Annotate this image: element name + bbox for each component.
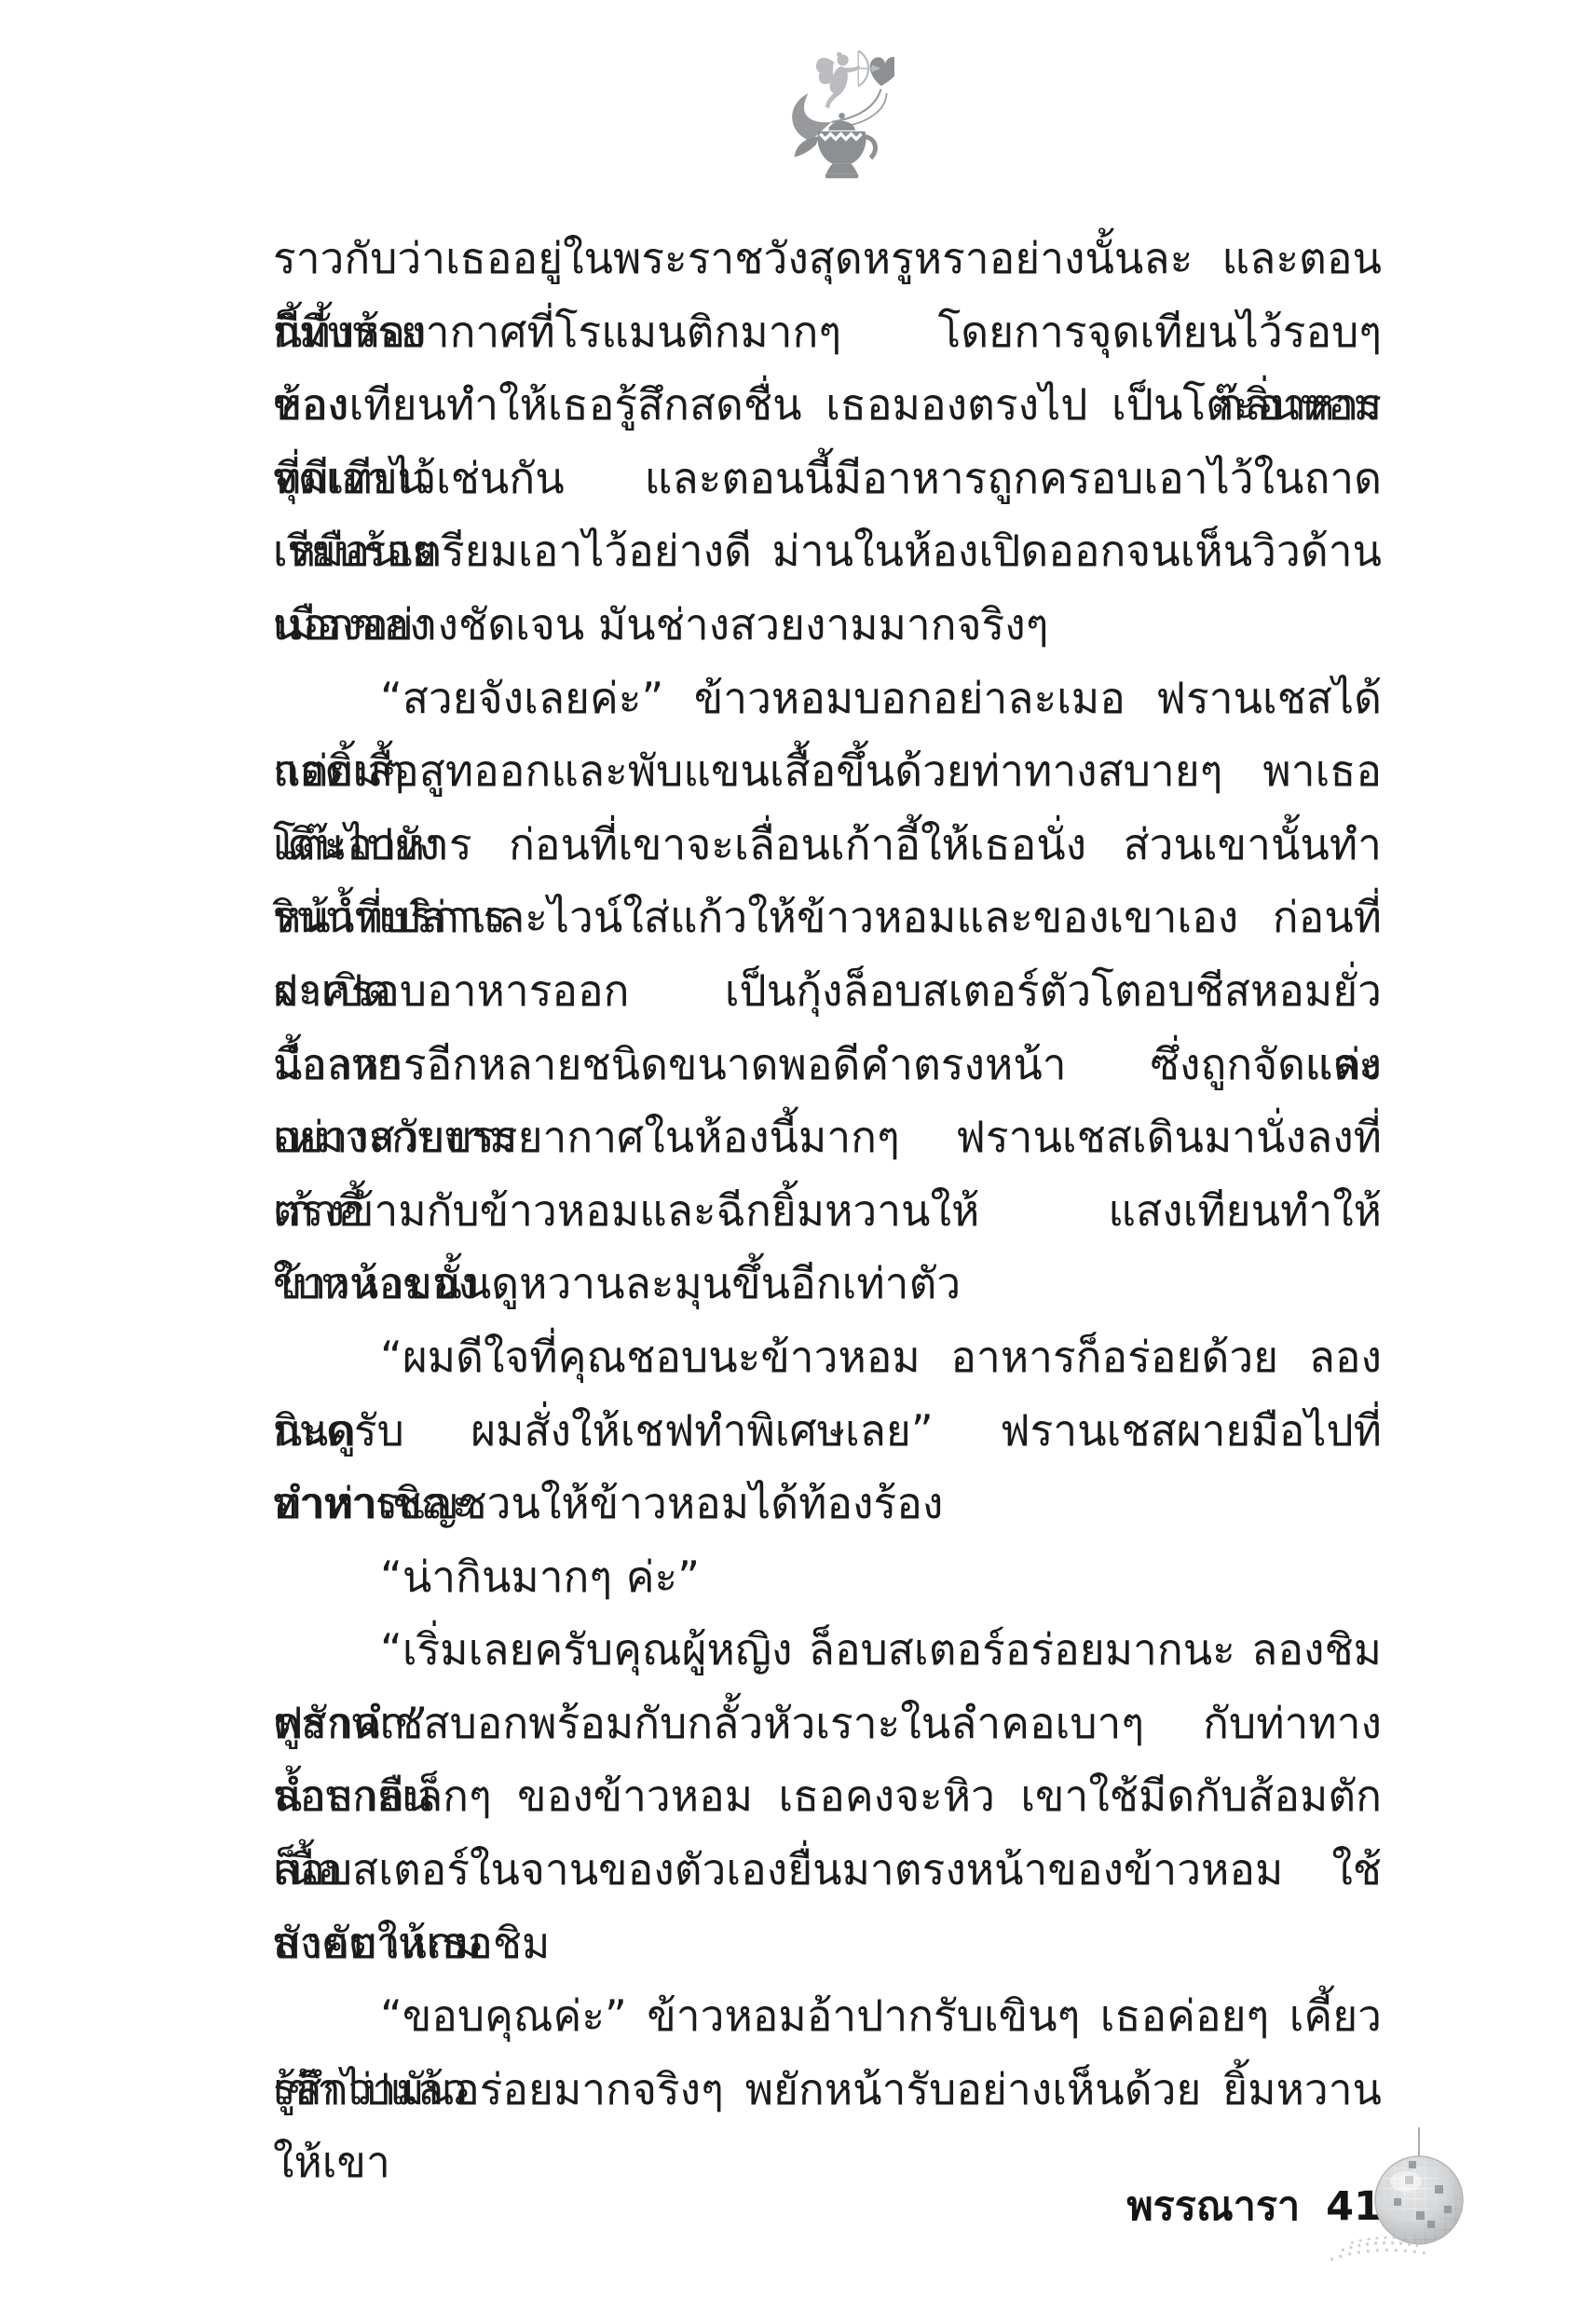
text-line: เหมาะกับบรรยากาศในห้องนี้มากๆ ฟรานเชสเดิ… — [273, 1101, 1382, 1174]
text-line: น้ำลายเล็กๆ ของข้าวหอม เธอคงจะหิว เขาใช้… — [273, 1759, 1382, 1833]
text-line: เหมือนเตรียมเอาไว้อย่างดี ม่านในห้องเปิด… — [273, 514, 1382, 588]
text-line: ข้าวหอมนั้นดูหวานละมุนขึ้นอีกเท่าตัว — [273, 1247, 1382, 1320]
text-line: ฝาครอบอาหารออก เป็นกุ้งล็อบสเตอร์ตัวโตอบ… — [273, 954, 1382, 1028]
text-line: ถอดเสื้อสูทออกและพับแขนเสื้อขึ้นด้วยท่าท… — [273, 734, 1382, 808]
text-line: “ขอบคุณค่ะ” ข้าวหอมอ้าปากรับเขินๆ เธอค่อ… — [273, 1979, 1382, 2053]
page-text: ราวกับว่าเธออยู่ในพระราชวังสุดหรูหราอย่า… — [273, 222, 1382, 2126]
text-line: ตรงข้ามกับข้าวหอมและฉีกยิ้มหวานให้ แสงเท… — [273, 1174, 1382, 1248]
text-line: “เริ่มเลยครับคุณผู้หญิง ล็อบสเตอร์อร่อยม… — [273, 1613, 1382, 1687]
book-page: ราวกับว่าเธออยู่ในพระราชวังสุดหรูหราอย่า… — [0, 0, 1596, 2311]
disco-ball-icon — [1323, 2127, 1491, 2267]
text-line: ก็มีบรรยากาศที่โรแมนติกมากๆ โดยการจุดเที… — [273, 295, 1382, 369]
text-line: ทำท่าเชิญชวนให้ข้าวหอมได้ท้องร้อง — [273, 1467, 1382, 1540]
text-line: ของเทียนทำให้เธอรู้สึกสดชื่น เธอมองตรงไป… — [273, 368, 1382, 442]
text-line: บังคับให้เธอชิม — [273, 1907, 1382, 1980]
text-line: โต๊ะอาหาร ก่อนที่เขาจะเลื่อนเก้าอี้ให้เธ… — [273, 808, 1382, 882]
text-line: รินน้ำเปล่าและไวน์ใส่แก้วให้ข้าวหอมและขอ… — [273, 881, 1382, 954]
text-line: “สวยจังเลยค่ะ” ข้าวหอมบอกอย่าละเมอ ฟรานเ… — [273, 662, 1382, 735]
text-line: นะครับ ผมสั่งให้เชฟทำพิเศษเลย” ฟรานเชสผา… — [273, 1394, 1382, 1468]
text-line: เมืองอย่างชัดเจน มันช่างสวยงามมากจริงๆ — [273, 588, 1382, 662]
running-title: พรรณารา — [1126, 2181, 1300, 2233]
text-line: รู้สึกว่ามันอร่อยมากจริงๆ พยักหน้ารับอย่… — [273, 2053, 1382, 2126]
text-line: “น่ากินมากๆ ค่ะ” — [273, 1540, 1382, 1614]
text-line: จุดเอาไว้เช่นกัน และตอนนี้มีอาหารถูกครอบ… — [273, 442, 1382, 515]
text-line: “ผมดีใจที่คุณชอบนะข้าวหอม อาหารก็อร่อยด้… — [273, 1320, 1382, 1394]
text-line: ราวกับว่าเธออยู่ในพระราชวังสุดหรูหราอย่า… — [273, 222, 1382, 295]
cupid-genie-lamp-icon — [779, 35, 894, 190]
text-line: ฟรานเชสบอกพร้อมกับกลั้วหัวเราะในลำคอเบาๆ… — [273, 1687, 1382, 1760]
text-line: ล็อบสเตอร์ในจานของตัวเองยื่นมาตรงหน้าของ… — [273, 1833, 1382, 1907]
text-line: มีอาหารอีกหลายชนิดขนาดพอดีคำตรงหน้า ซึ่ง… — [273, 1028, 1382, 1101]
